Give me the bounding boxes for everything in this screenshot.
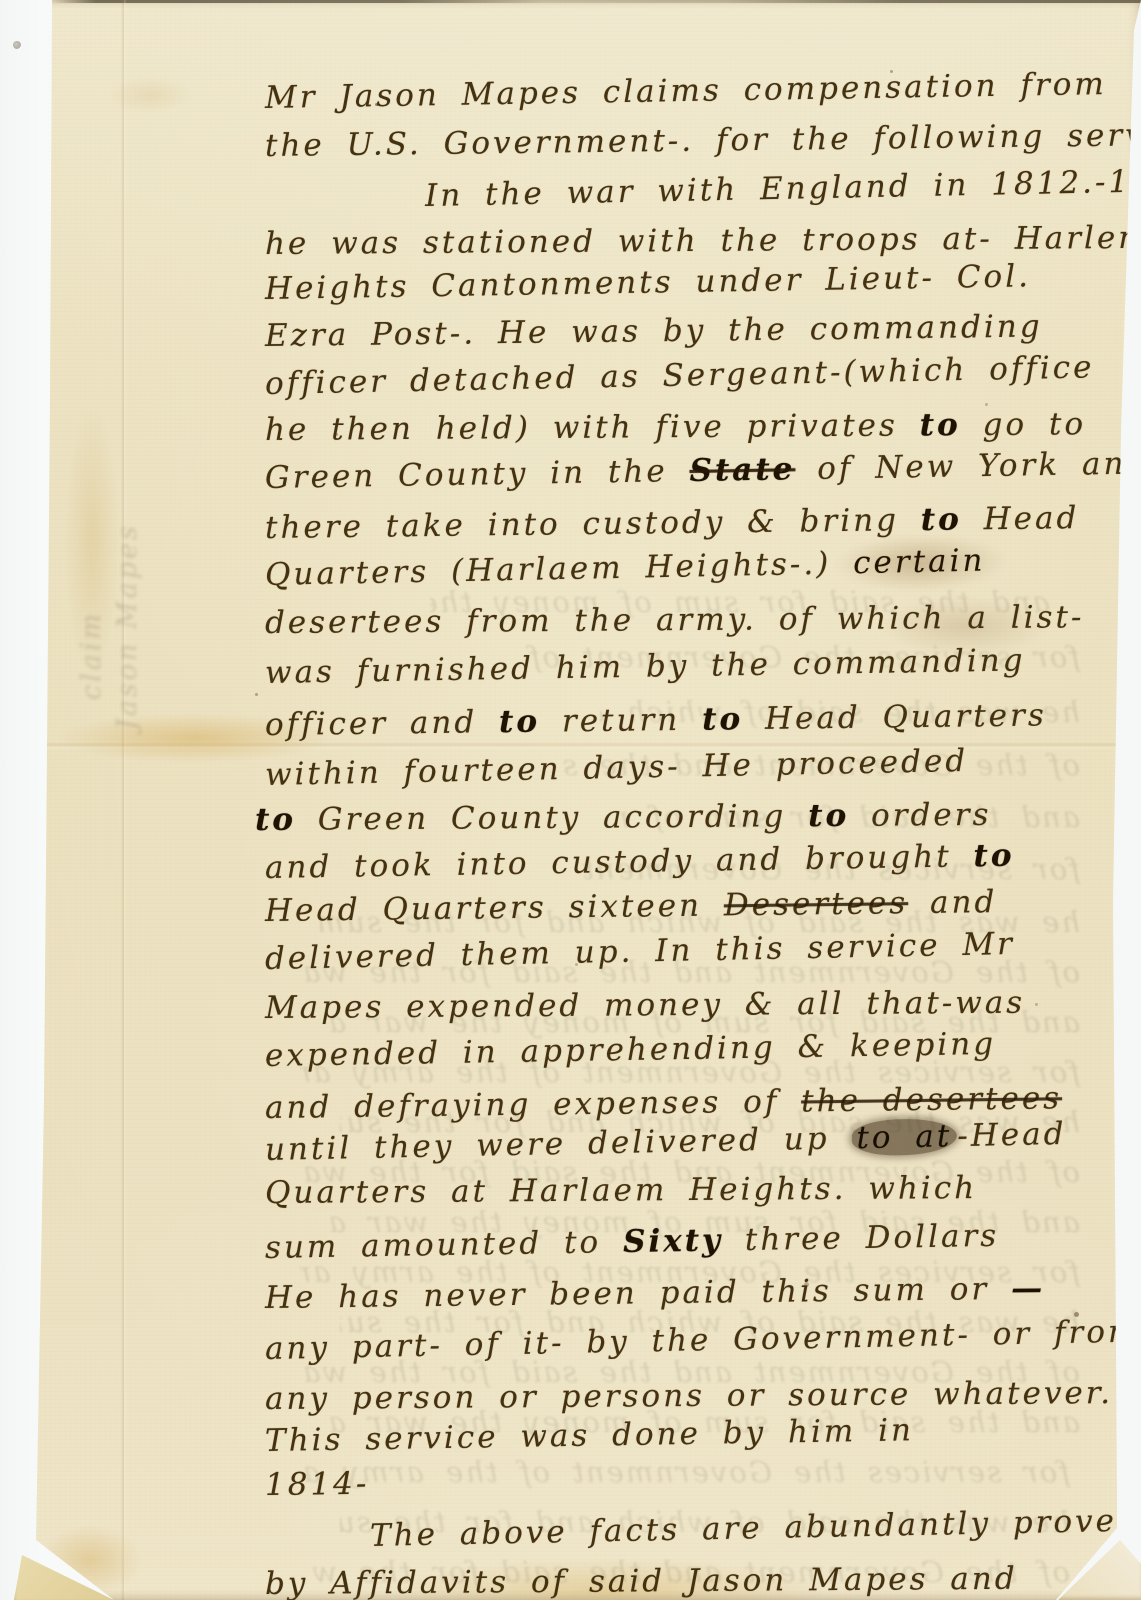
margin-docket-line: claim	[76, 611, 107, 700]
handwritten-line: the U.S. Government-. for the following …	[265, 116, 1141, 164]
ink-bleedthrough-line: for services the Government of the army …	[300, 1455, 1070, 1489]
handwritten-line: Quarters (Harlaem Heights-.) certain	[265, 543, 986, 593]
handwritten-line: was furnished him by the commanding	[265, 642, 1026, 691]
handwritten-line: In the war with England in 1812.-14	[425, 163, 1141, 214]
handwritten-line: officer detached as Sergeant-(which offi…	[265, 349, 1095, 402]
handwritten-line: 1814-	[265, 1466, 370, 1503]
handwritten-line: he then held) with five privates to go t…	[265, 406, 1086, 448]
scanned-document: and the said for sum of money the war an…	[0, 0, 1141, 1600]
handwritten-line: Green County in the State of New York an…	[265, 445, 1141, 496]
paper-top-edge-shadow	[52, 0, 1141, 3]
handwritten-line: Heights Cantonments under Lieut- Col.	[265, 258, 1032, 307]
handwritten-line: to Green County according to orders	[255, 797, 992, 838]
handwritten-line: Quarters at Harlaem Heights. which	[265, 1170, 977, 1211]
handwritten-line: he was stationed with the troops at- Har…	[265, 220, 1141, 262]
handwritten-line: Mapes expended money & all that-was	[265, 985, 1025, 1026]
margin-docket-line: Jason Mapes	[112, 523, 143, 730]
paper-sheet: and the said for sum of money the war an…	[0, 0, 1141, 1600]
handwritten-line: any person or persons or source whatever…	[265, 1375, 1113, 1417]
handwritten-line: by Affidavits of said Jason Mapes and	[265, 1561, 1018, 1600]
fold-crease-vertical	[121, 0, 127, 1600]
handwritten-line: Ezra Post-. He was by the commanding	[265, 309, 1043, 354]
handwritten-line: within fourteen days- He proceeded	[265, 743, 969, 793]
handwritten-line: officer and to return to Head Quarters	[265, 697, 1047, 743]
scanner-margin-speck	[13, 41, 21, 49]
handwritten-line: desertees from the army. of which a list…	[265, 599, 1085, 641]
handwritten-line: Mr Jason Mapes claims compensation from	[265, 66, 1107, 116]
